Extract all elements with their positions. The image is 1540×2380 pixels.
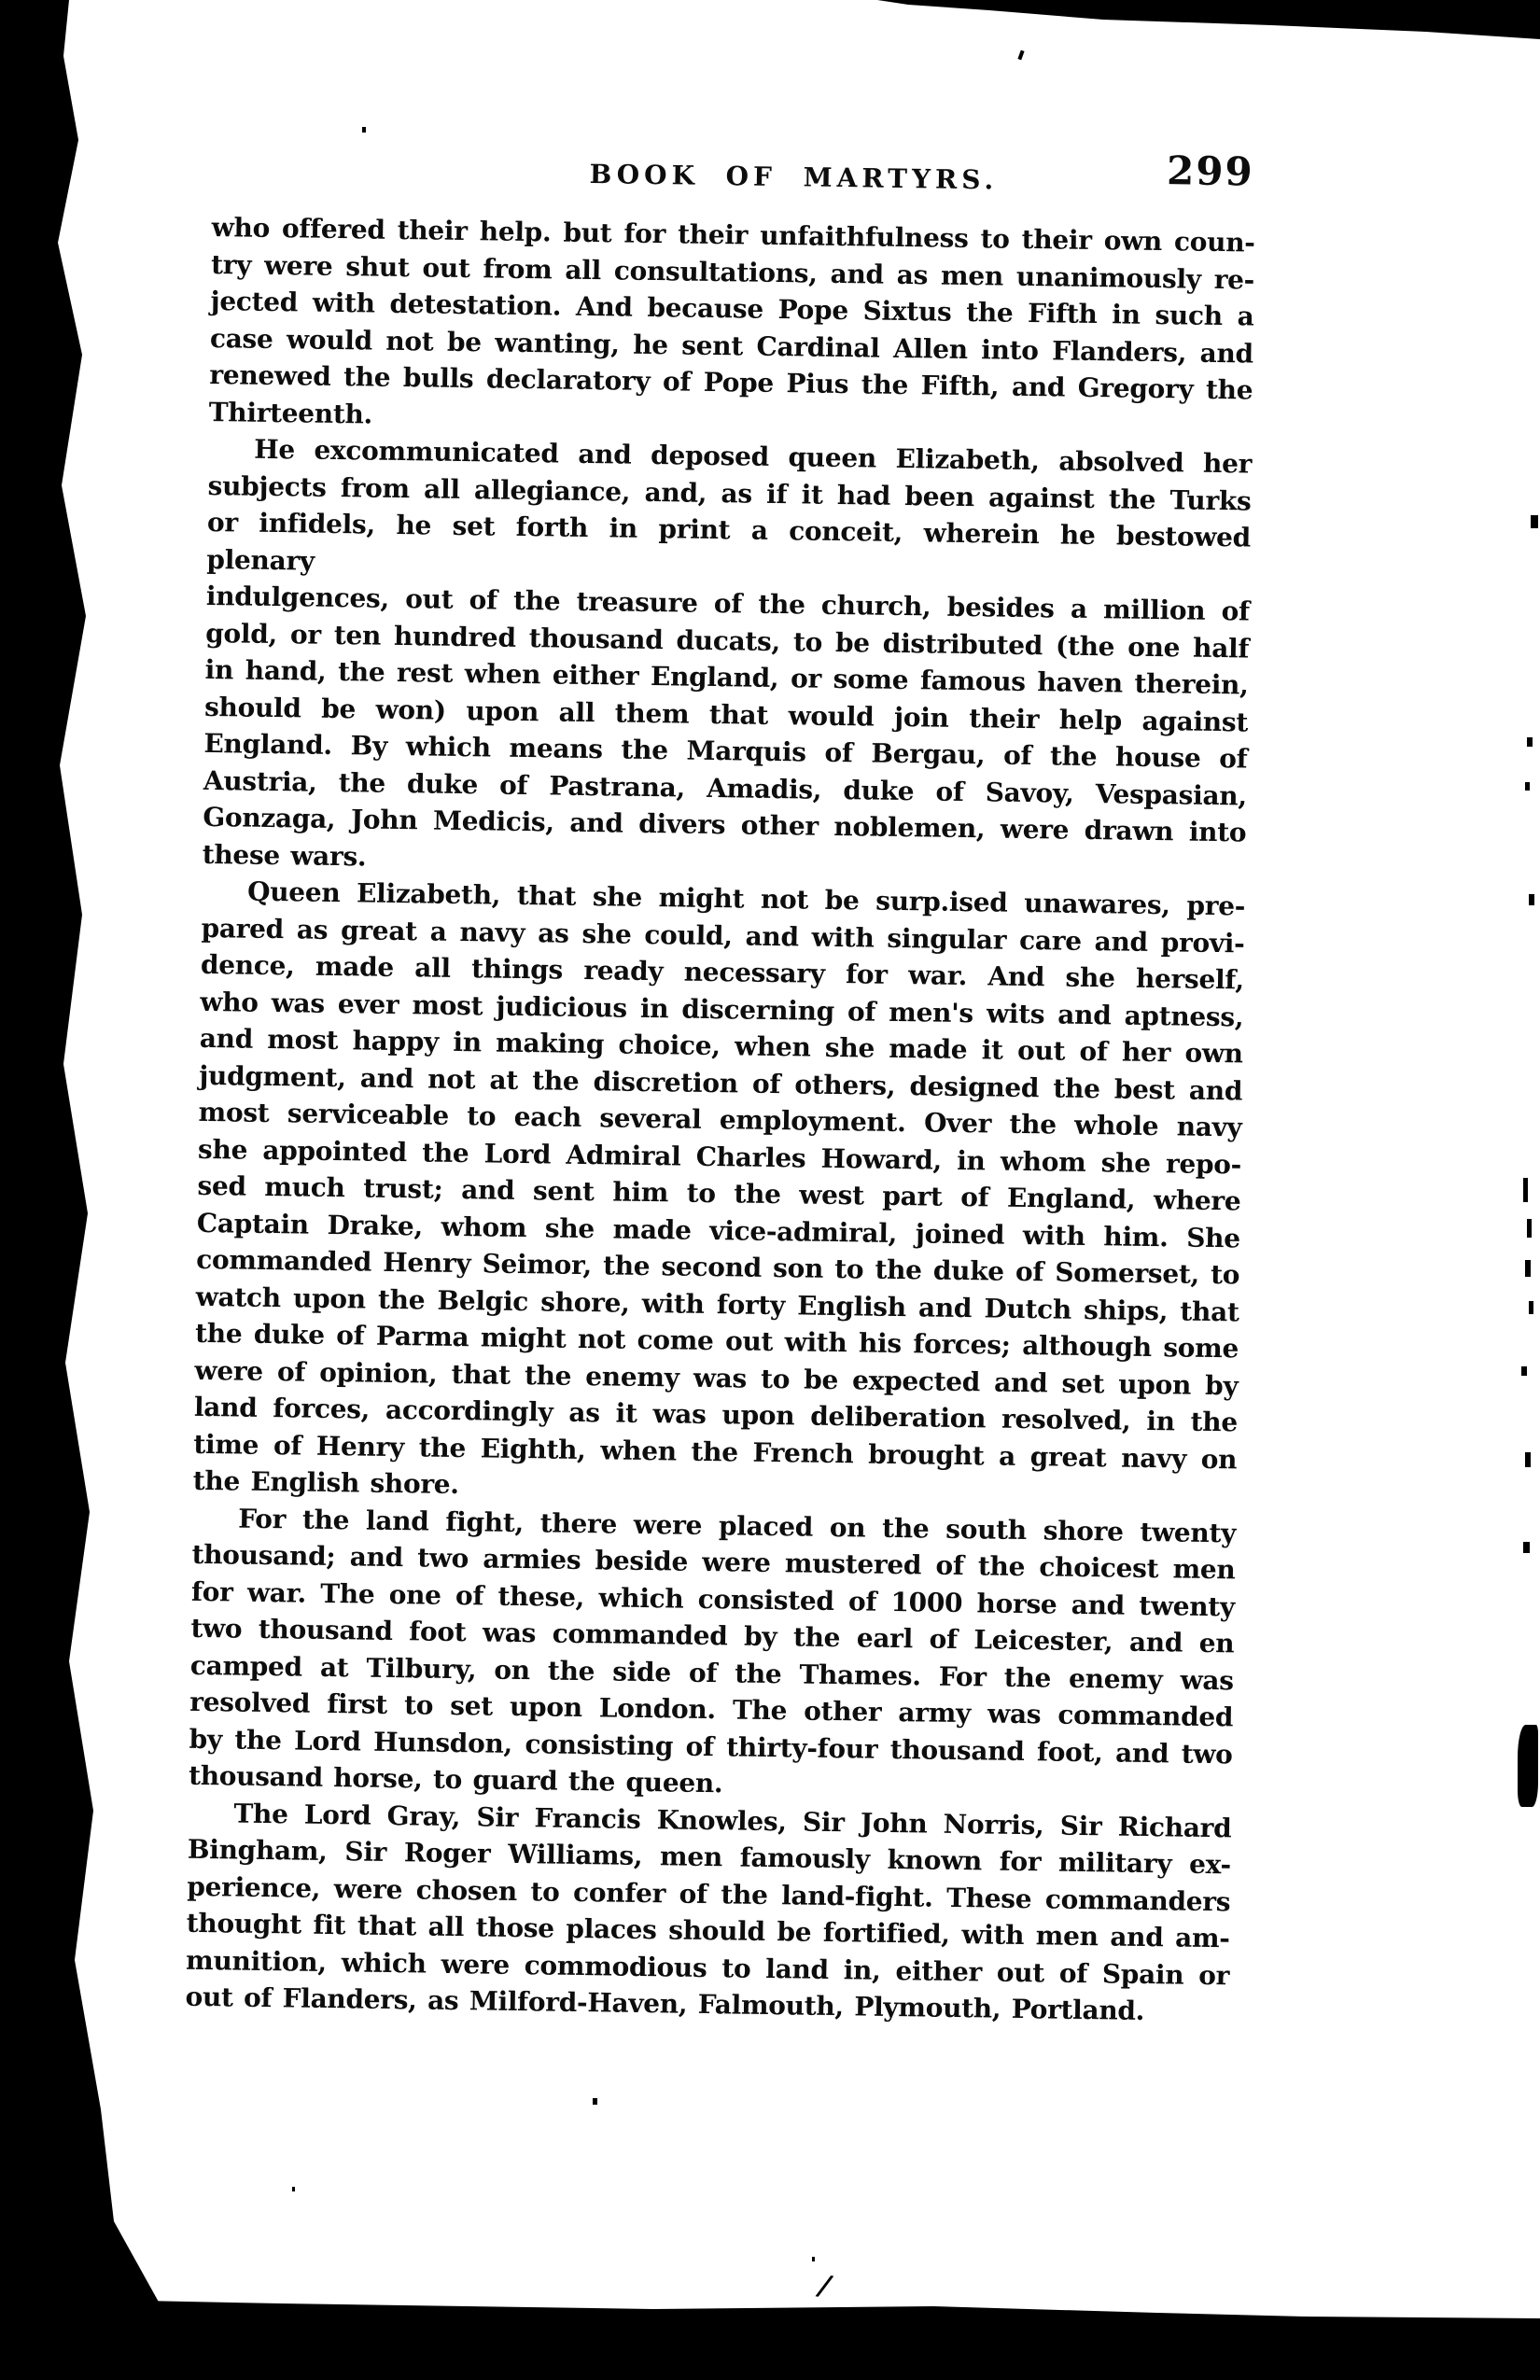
scan-speck [1523,1542,1530,1553]
scan-speck [1527,737,1533,747]
scanned-book-page: BOOK OF MARTYRS. 299 who offered their h… [0,0,1540,2380]
paragraph: He excommunicated and deposed queen Eliz… [202,430,1252,889]
scan-speck [362,127,366,133]
scan-speck [812,2257,815,2261]
scan-top-edge [868,0,1540,43]
footer-mark: / [817,2269,833,2303]
scan-speck [1523,1178,1528,1202]
scan-speck [1525,1452,1531,1467]
scan-speck [1529,894,1534,905]
paragraph: Queen Elizabeth, that she might not be s… [193,873,1246,1515]
page-number: 299 [1167,150,1254,192]
scan-speck [1518,1725,1538,1807]
scan-speck [1017,50,1024,61]
paragraph: who offered their help. but for their un… [209,209,1255,446]
scan-speck [1521,1366,1527,1376]
running-title: BOOK OF MARTYRS. [589,159,998,195]
scan-bottom-edge [0,2291,1540,2380]
scan-speck [1529,1301,1533,1314]
scan-speck [1527,1219,1532,1238]
text-block: who offered their help. but for their un… [185,209,1255,2031]
scan-speck [292,2187,295,2191]
scan-speck [1531,515,1538,528]
scan-left-edge [0,0,224,2380]
paragraph: The Lord Gray, Sir Francis Knowles, Sir … [185,1794,1231,2031]
scan-speck [1525,1260,1531,1277]
scan-speck [1525,782,1530,791]
paragraph: For the land fight, there were placed on… [189,1499,1237,1810]
scan-speck [593,2098,597,2105]
page-content: BOOK OF MARTYRS. 299 who offered their h… [185,147,1256,2031]
